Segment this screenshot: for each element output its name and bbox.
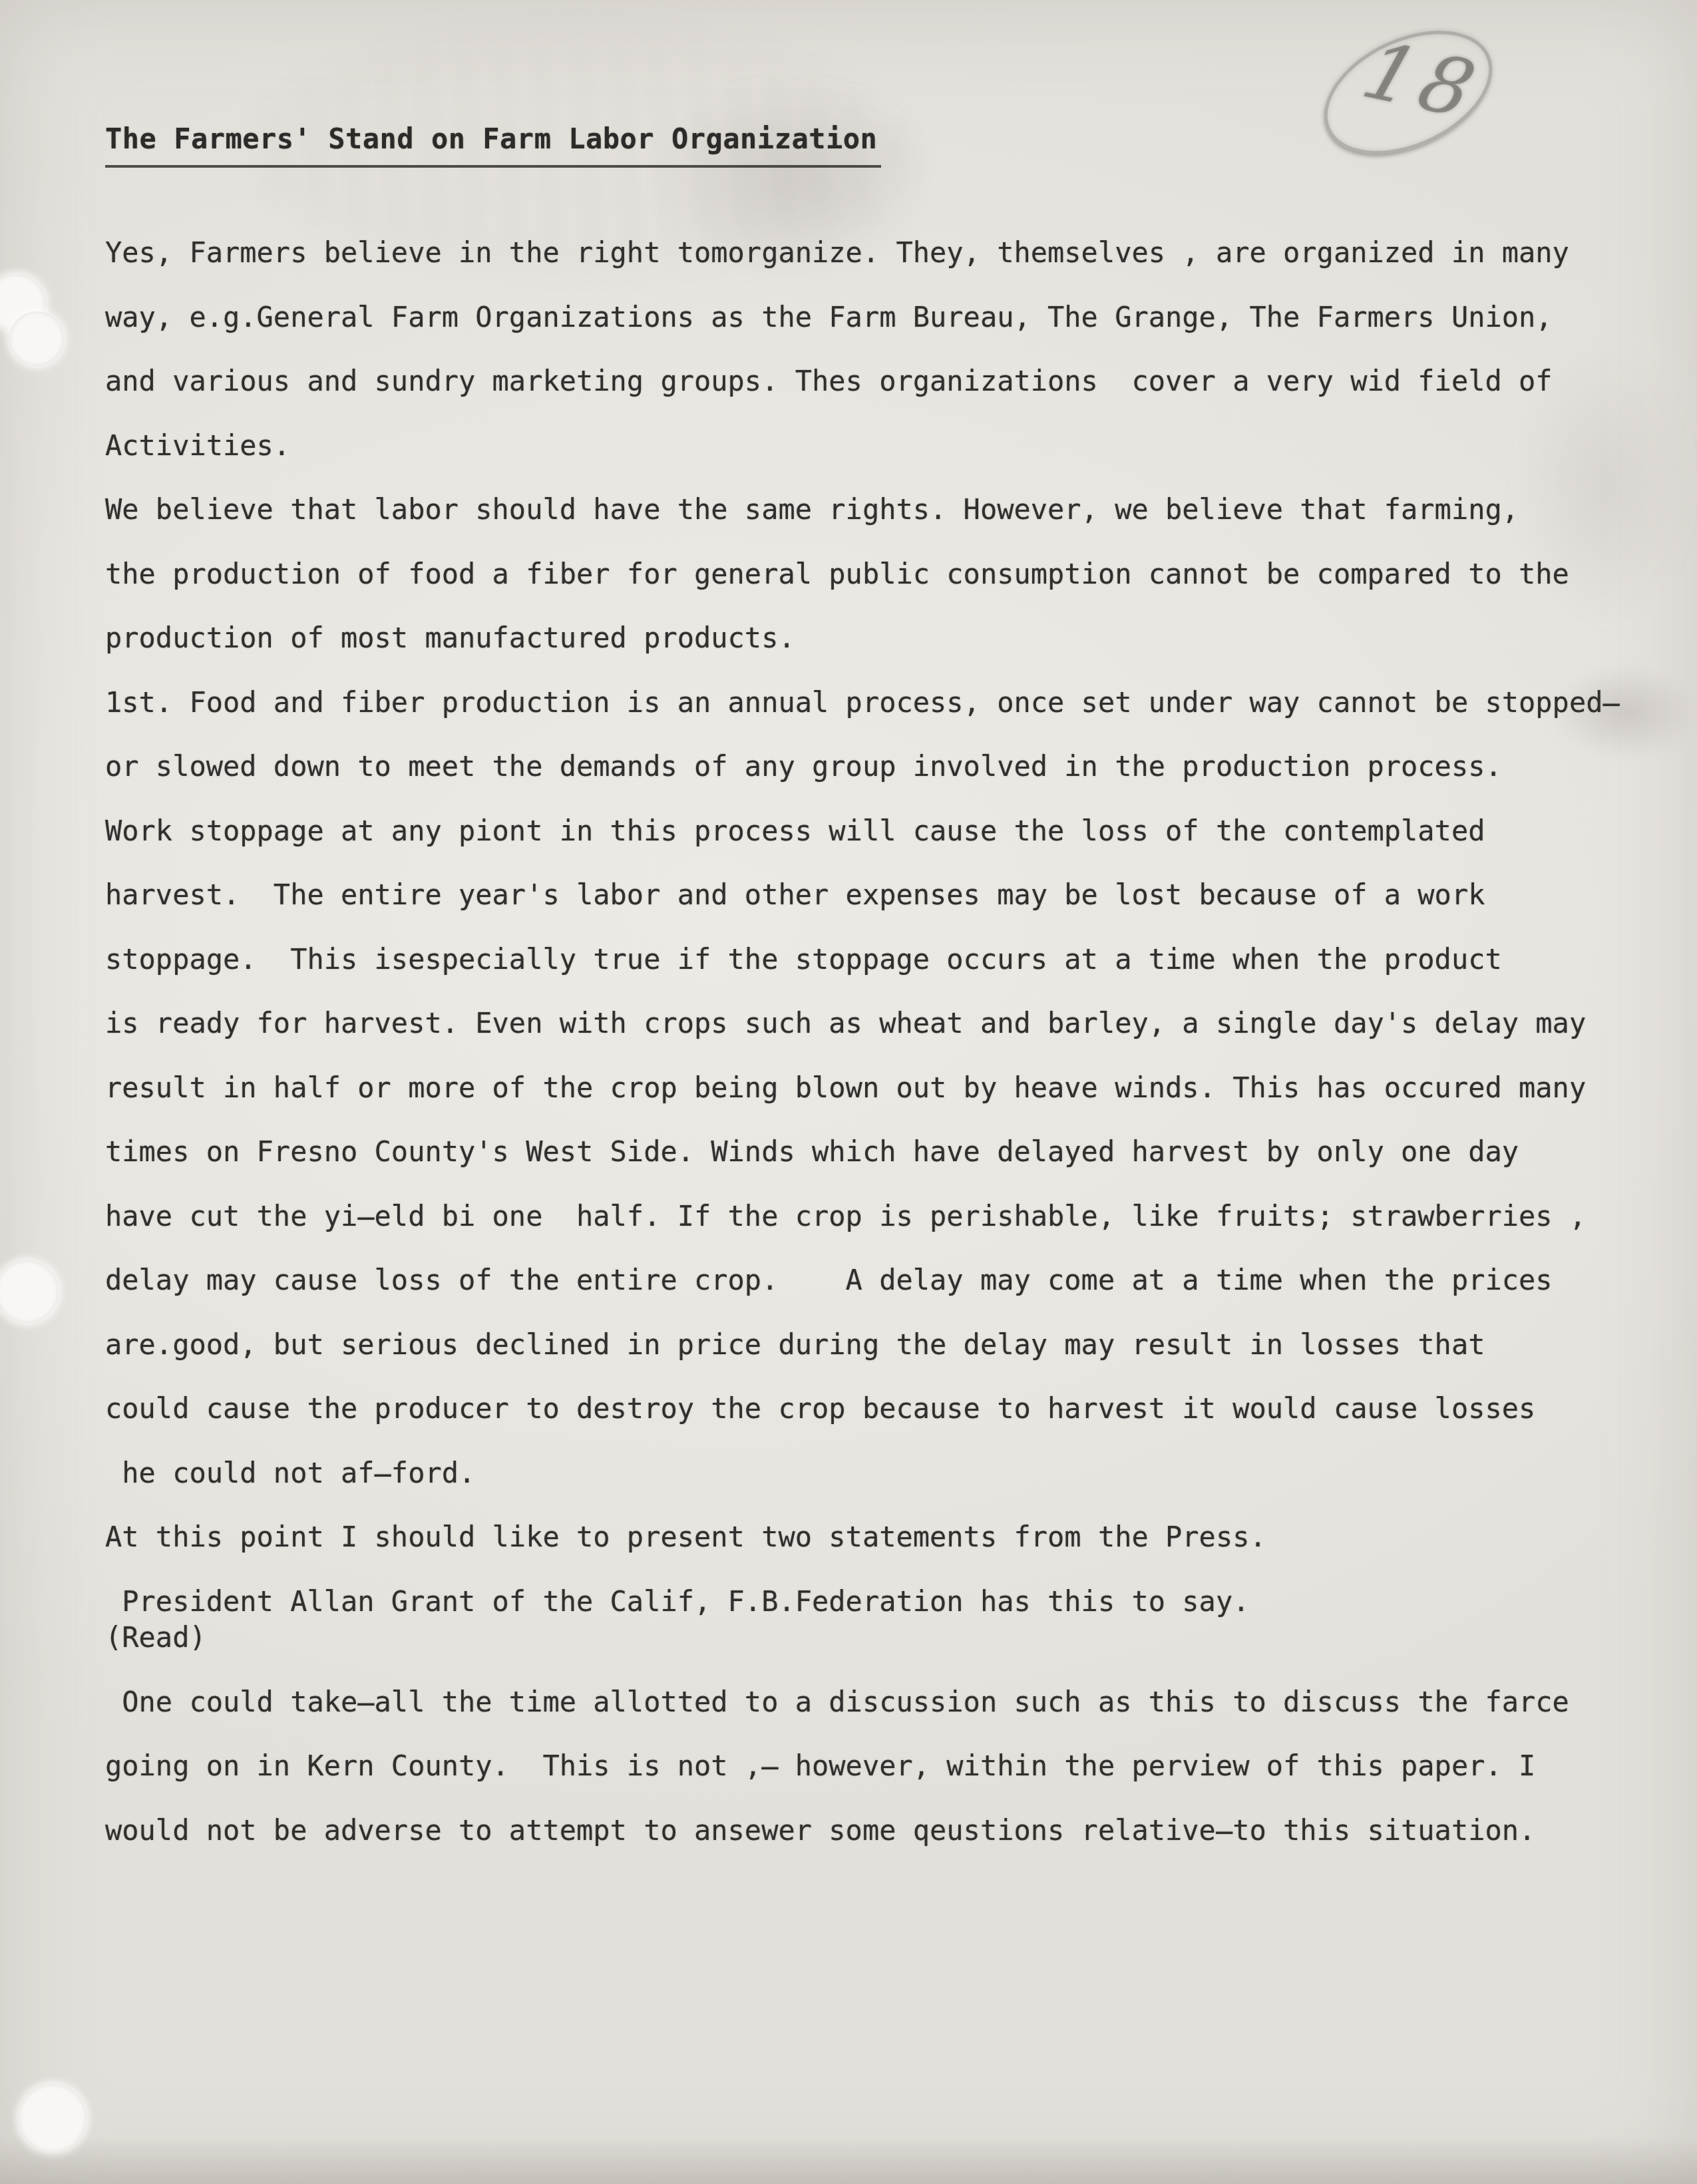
typed-line: the production of food a fiber for gener… bbox=[105, 542, 1676, 607]
typed-line: One could take̶all the time allotted to … bbox=[105, 1670, 1676, 1735]
typed-line: or slowed down to meet the demands of an… bbox=[105, 735, 1676, 799]
typed-line: Work stoppage at any piont in this proce… bbox=[105, 799, 1676, 864]
typed-line: stoppage. This isespecially true if the … bbox=[105, 928, 1676, 992]
typed-body: Yes, Farmers believe in the right tomorg… bbox=[105, 221, 1676, 1863]
hole-punch bbox=[9, 311, 64, 366]
scan-edge-shadow bbox=[0, 2137, 1697, 2184]
typed-line: At this point I should like to present t… bbox=[105, 1505, 1676, 1570]
typed-line: going on in Kern County. This is not ,̶ … bbox=[105, 1734, 1676, 1799]
typed-line: way, e.g.General Farm Organizations as t… bbox=[105, 285, 1676, 350]
typed-line: result in half or more of the crop being… bbox=[105, 1056, 1676, 1121]
scanned-document-page: 18 The Farmers' Stand on Farm Labor Orga… bbox=[0, 0, 1697, 2184]
typed-line: and various and sundry marketing groups.… bbox=[105, 349, 1676, 414]
typed-line: delay may cause loss of the entire crop.… bbox=[105, 1248, 1676, 1313]
typed-line: We believe that labor should have the sa… bbox=[105, 478, 1676, 542]
hole-punch bbox=[0, 1260, 59, 1323]
typed-line: Activities. bbox=[105, 414, 1676, 478]
hole-punch bbox=[19, 2084, 87, 2152]
typed-line: he could not af̶ford. bbox=[105, 1441, 1676, 1506]
typed-line: could cause the producer to destroy the … bbox=[105, 1377, 1676, 1441]
typed-line: 1st. Food and fiber production is an ann… bbox=[105, 671, 1676, 735]
typed-line: are.good, but serious declined in price … bbox=[105, 1313, 1676, 1377]
typed-line: harvest. The entire year's labor and oth… bbox=[105, 863, 1676, 928]
typed-line: Yes, Farmers believe in the right tomorg… bbox=[105, 221, 1676, 285]
typed-line: have cut the yi̶eld bi one half. If the … bbox=[105, 1184, 1676, 1249]
document-title: The Farmers' Stand on Farm Labor Organiz… bbox=[105, 125, 881, 168]
typed-line: is ready for harvest. Even with crops su… bbox=[105, 992, 1676, 1056]
typed-line: would not be adverse to attempt to ansew… bbox=[105, 1799, 1676, 1863]
typed-line: production of most manufactured products… bbox=[105, 606, 1676, 671]
typed-line: times on Fresno County's West Side. Wind… bbox=[105, 1120, 1676, 1184]
